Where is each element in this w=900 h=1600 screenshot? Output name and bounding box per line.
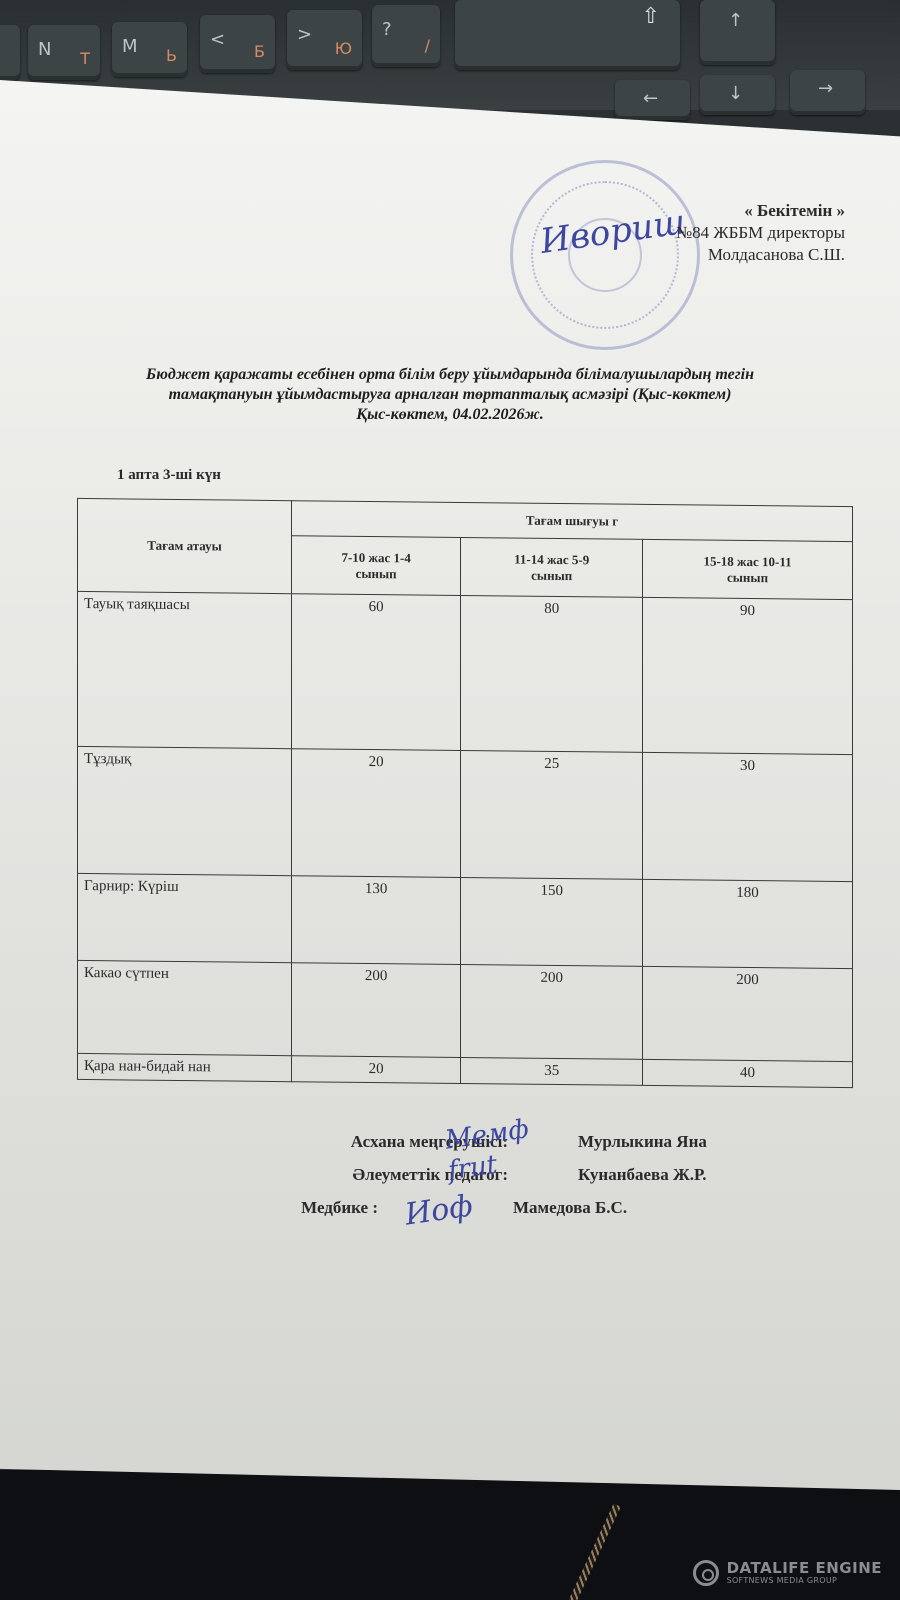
portion-value: 60 [292, 594, 461, 751]
dish-name: Тұздық [78, 746, 292, 875]
arrow-up-icon: ↑ [728, 10, 743, 31]
portion-value: 150 [461, 877, 643, 966]
signature-name: Мурлыкина Яна [578, 1125, 707, 1158]
signature-row: Медбике : Мамедова Б.С. [248, 1191, 707, 1224]
header-portion-group: Тағам шығуы г [292, 501, 853, 542]
keyboard-key [0, 25, 20, 80]
portion-value: 20 [292, 749, 461, 878]
signature-role: Медбике : [268, 1191, 378, 1224]
table-row: Какао сүтпен 200 200 200 [78, 960, 853, 1061]
header-dish-name: Тағам атауы [78, 498, 292, 593]
portion-value: 30 [643, 752, 853, 881]
arrow-left-icon: ← [643, 88, 658, 109]
keyboard-key-up: ↑ [700, 0, 775, 65]
keyboard-key-n: N Т [28, 25, 100, 80]
portion-value: 90 [643, 597, 853, 754]
portion-value: 180 [643, 879, 853, 968]
signature-name: Кунанбаева Ж.Р. [578, 1158, 707, 1191]
signature-name: Мамедова Б.С. [513, 1191, 627, 1224]
keyboard-key-period: > Ю [287, 10, 362, 70]
header-age-15-18: 15-18 жас 10-11 сынып [643, 540, 853, 600]
keyboard-key-down: ↓ [700, 75, 775, 115]
dish-name: Какао сүтпен [78, 960, 292, 1055]
dish-name: Гарнир: Күріш [78, 873, 292, 962]
table-row: Гарнир: Күріш 130 150 180 [78, 873, 853, 968]
header-age-11-14: 11-14 жас 5-9 сынып [461, 538, 643, 598]
portion-value: 200 [292, 963, 461, 1058]
keyboard-key-shift: ⇧ [455, 0, 680, 70]
approval-title: « Бекітемін » [676, 200, 845, 222]
portion-value: 130 [292, 876, 461, 965]
portion-value: 20 [292, 1056, 461, 1084]
portion-value: 35 [461, 1057, 643, 1085]
keyboard-key-slash: ? / [372, 5, 440, 67]
shift-icon: ⇧ [642, 4, 660, 29]
menu-table: Тағам атауы Тағам шығуы г 7-10 жас 1-4 с… [77, 498, 853, 1088]
official-stamp [510, 160, 700, 350]
keyboard-key-m: M Ь [112, 22, 187, 77]
table-row: Тұздық 20 25 30 [78, 746, 853, 881]
keyboard-key-right: → [790, 70, 865, 115]
portion-value: 40 [643, 1059, 853, 1087]
dark-surface: DATALIFE ENGINE SOFTNEWS MEDIA GROUP [0, 1470, 900, 1600]
keyboard-key-left: ← [615, 80, 690, 120]
approval-block: « Бекітемін » №84 ЖББМ директоры Молдаса… [676, 200, 845, 266]
week-day-label: 1 апта 3-ші күн [117, 467, 221, 484]
portion-value: 25 [461, 750, 643, 879]
document-title: Бюджет қаражаты есебінен орта білім беру… [100, 365, 800, 425]
watermark-subtitle: SOFTNEWS MEDIA GROUP [727, 1576, 882, 1585]
approval-director-name: Молдасанова С.Ш. [676, 244, 845, 266]
portion-value: 80 [461, 595, 643, 752]
zipper-decoration [567, 1503, 621, 1600]
approval-position: №84 ЖББМ директоры [676, 222, 845, 244]
arrow-down-icon: ↓ [728, 83, 743, 104]
arrow-right-icon: → [818, 78, 833, 99]
datalife-logo-icon [693, 1560, 719, 1586]
dish-name: Тауық таяқшасы [78, 591, 292, 748]
keyboard-key-comma: < Б [200, 15, 275, 73]
table-row: Тауық таяқшасы 60 80 90 [78, 591, 853, 754]
watermark: DATALIFE ENGINE SOFTNEWS MEDIA GROUP [693, 1560, 882, 1586]
portion-value: 200 [461, 964, 643, 1059]
dish-name: Қара нан-бидай нан [78, 1053, 292, 1081]
watermark-title: DATALIFE ENGINE [727, 1561, 882, 1576]
header-age-7-10: 7-10 жас 1-4 сынып [292, 536, 461, 595]
portion-value: 200 [643, 966, 853, 1061]
